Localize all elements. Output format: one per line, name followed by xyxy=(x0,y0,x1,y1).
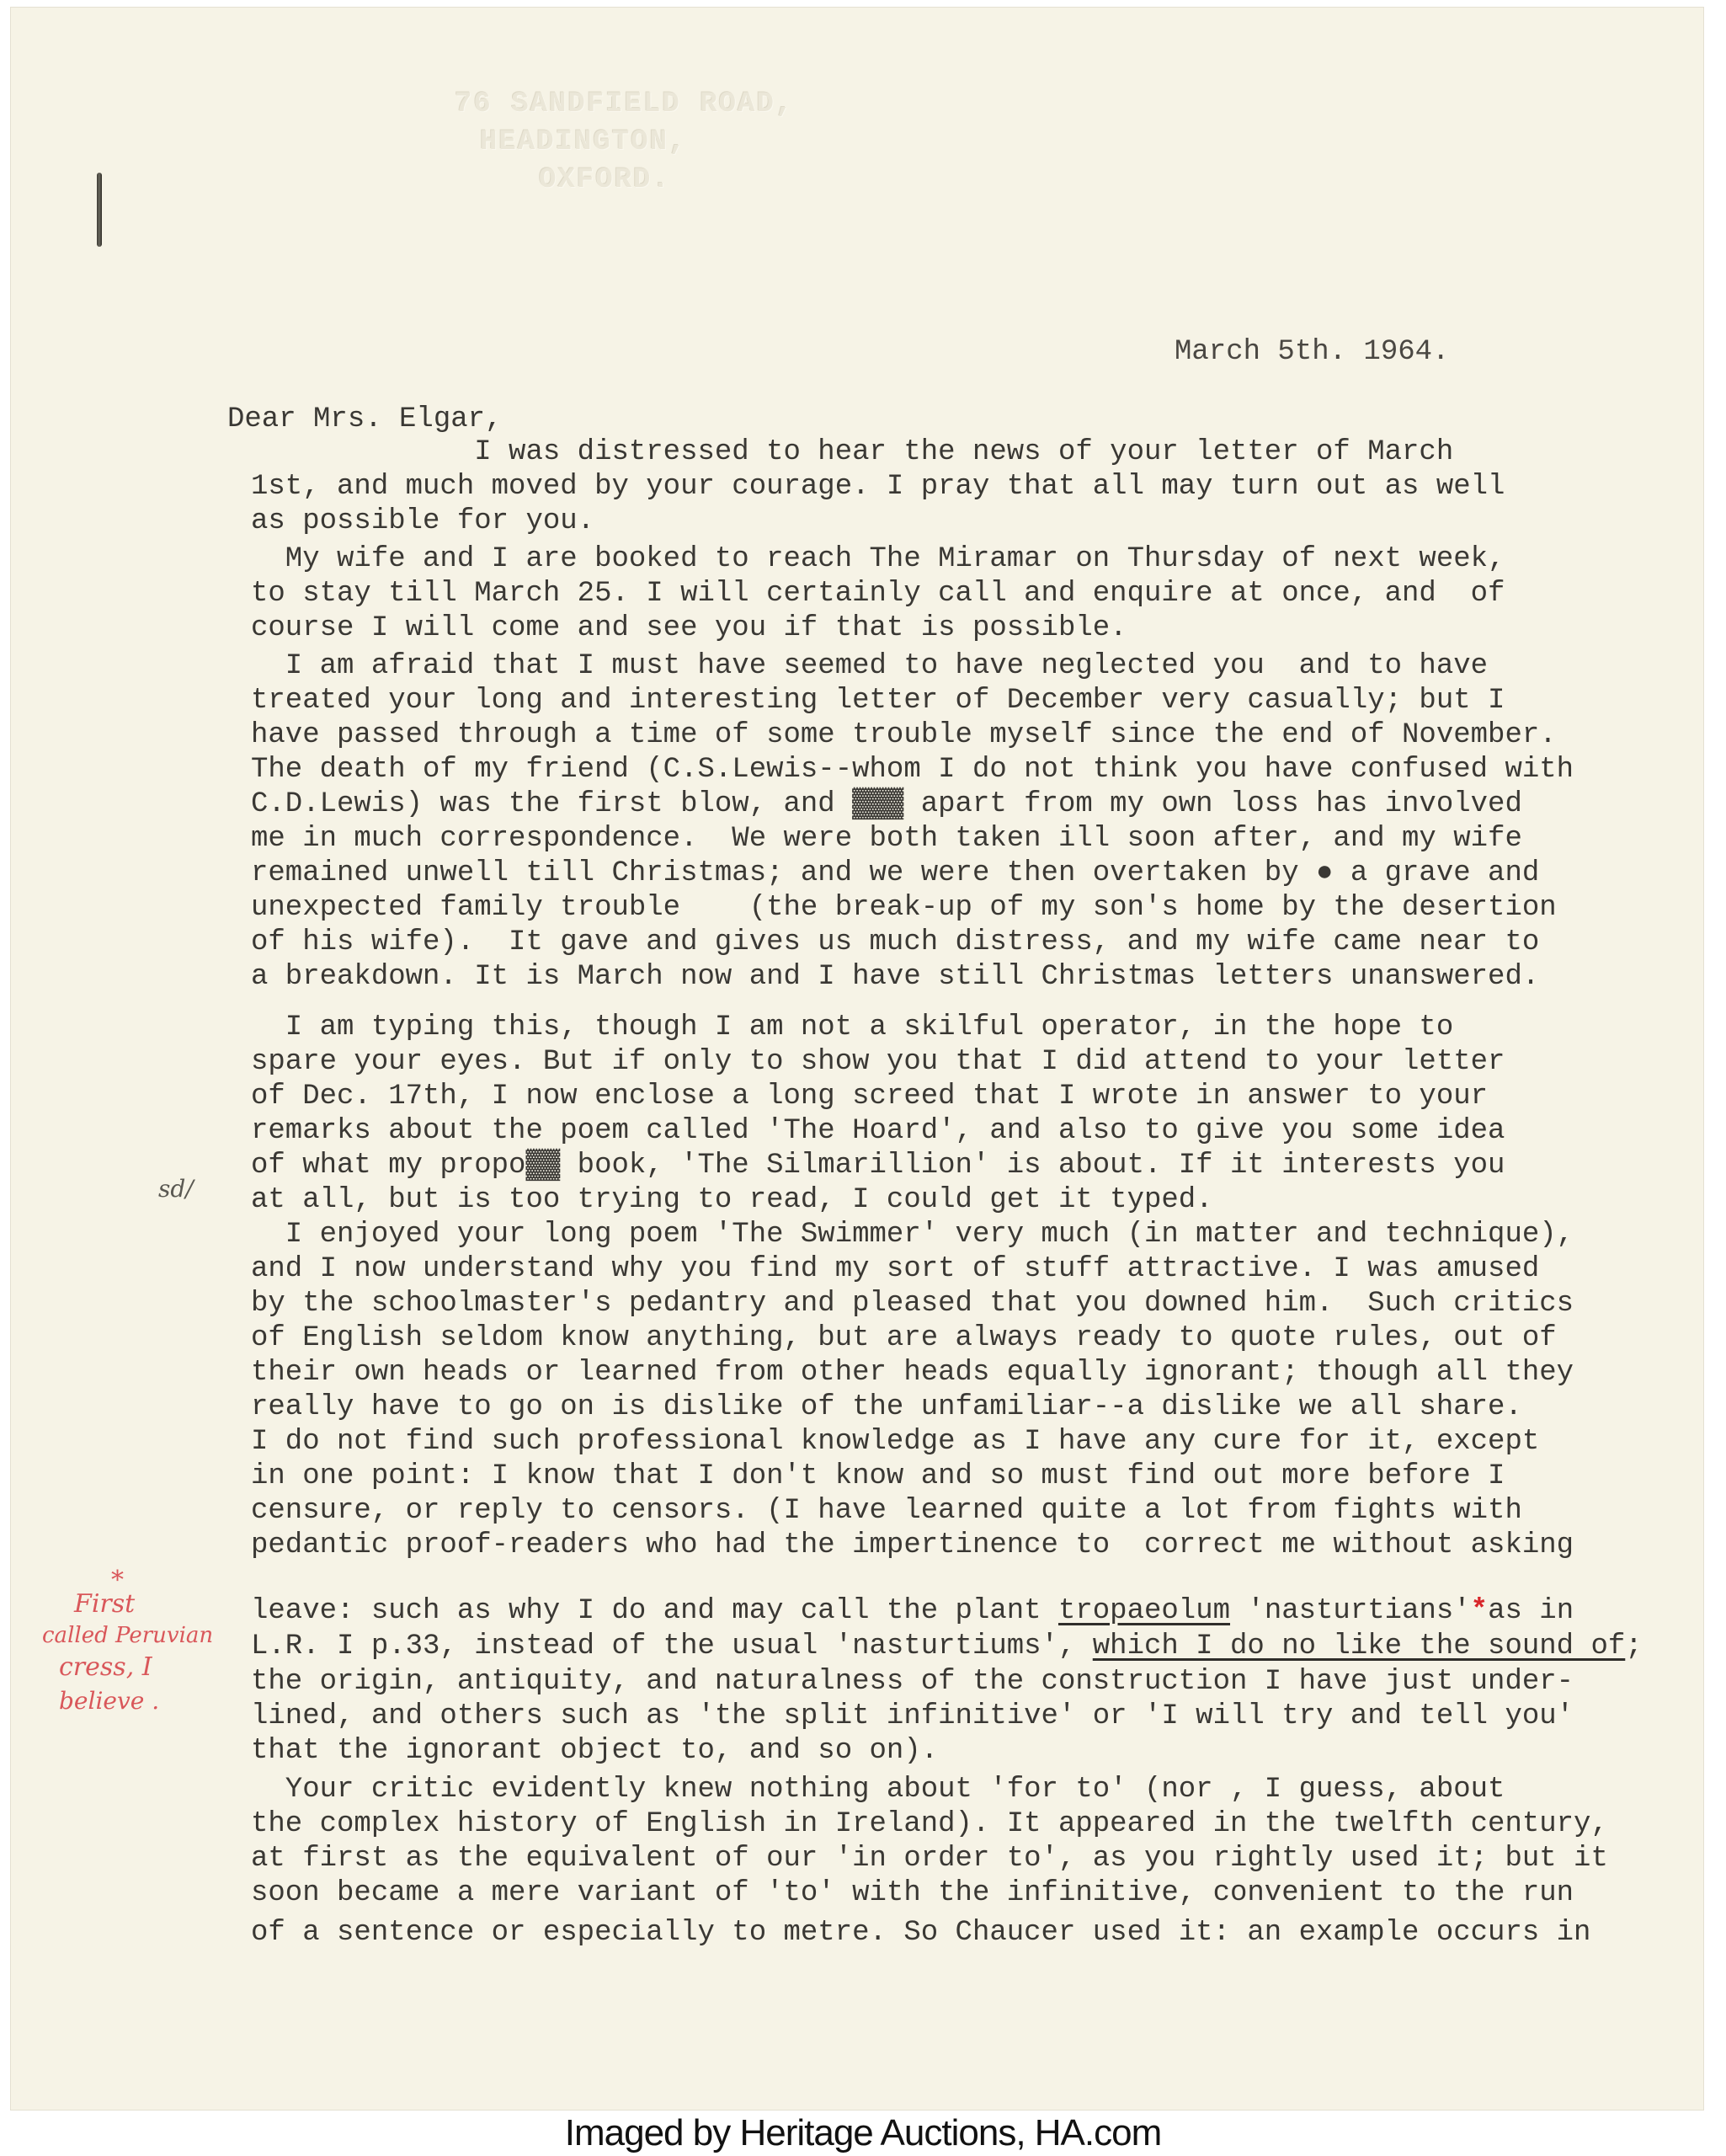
body-line-nasturtiums: L.R. I p.33, instead of the usual 'nastu… xyxy=(251,1630,1643,1663)
red-margin-note-line-3: cress, I xyxy=(59,1653,152,1682)
text-segment: ; xyxy=(1625,1630,1642,1662)
body-line: spare your eyes. But if only to show you… xyxy=(251,1045,1505,1079)
body-line: The death of my friend (C.S.Lewis--whom … xyxy=(251,753,1574,787)
body-line: really have to go on is dislike of the u… xyxy=(251,1390,1522,1424)
body-line: course I will come and see you if that i… xyxy=(251,611,1127,645)
body-line: I am afraid that I must have seemed to h… xyxy=(251,649,1488,683)
body-line: the complex history of English in Irelan… xyxy=(251,1807,1608,1841)
text-segment: as in xyxy=(1488,1595,1574,1627)
body-line: and I now understand why you find my sor… xyxy=(251,1252,1539,1286)
body-line: the origin, antiquity, and naturalness o… xyxy=(251,1665,1574,1699)
letter-date: March 5th. 1964. xyxy=(1175,335,1449,369)
body-line: as possible for you. xyxy=(251,504,594,538)
red-margin-note-line-4: believe . xyxy=(59,1687,159,1716)
body-line: in one point: I know that I don't know a… xyxy=(251,1460,1505,1493)
red-margin-note-line-1: First xyxy=(74,1590,135,1619)
pencil-margin-note: sd/ xyxy=(158,1175,194,1203)
text-segment: L.R. I p.33, instead of the usual 'nastu… xyxy=(251,1630,1093,1662)
underlined-phrase: which I do no like the sound of xyxy=(1093,1630,1626,1662)
body-line: at first as the equivalent of our 'in or… xyxy=(251,1842,1608,1876)
image-credit-footer: Imaged by Heritage Auctions, HA.com xyxy=(0,2110,1726,2156)
red-margin-note-line-2: called Peruvian xyxy=(42,1621,213,1650)
body-line: My wife and I are booked to reach The Mi… xyxy=(251,542,1505,576)
body-line: at all, but is too trying to read, I cou… xyxy=(251,1183,1213,1217)
body-line: of his wife). It gave and gives us much … xyxy=(251,926,1539,959)
body-line: censure, or reply to censors. (I have le… xyxy=(251,1494,1522,1528)
underlined-word-tropaeolum: tropaeolum xyxy=(1058,1595,1230,1627)
text-segment: leave: such as why I do and may call the… xyxy=(251,1595,1058,1627)
embossed-address-line-1: 76 SANDFIELD ROAD, xyxy=(455,88,794,120)
embossed-address-line-3: OXFORD. xyxy=(539,164,671,196)
body-line-nasturtians: leave: such as why I do and may call the… xyxy=(251,1594,1574,1628)
body-line: that the ignorant object to, and so on). xyxy=(251,1734,938,1768)
body-line: to stay till March 25. I will certainly … xyxy=(251,577,1505,611)
body-line: remarks about the poem called 'The Hoard… xyxy=(251,1114,1505,1148)
body-line: of what my propo▓▓ book, 'The Silmarilli… xyxy=(251,1149,1505,1182)
body-line: I do not find such professional knowledg… xyxy=(251,1425,1539,1459)
body-line: a breakdown. It is March now and I have … xyxy=(251,960,1539,994)
body-line: I am typing this, though I am not a skil… xyxy=(251,1011,1453,1044)
body-line: their own heads or learned from other he… xyxy=(251,1356,1574,1390)
red-asterisk-mark: * xyxy=(1471,1595,1488,1627)
staple-mark xyxy=(97,173,102,247)
body-line: unexpected family trouble (the break-up … xyxy=(251,891,1557,925)
body-line: I enjoyed your long poem 'The Swimmer' v… xyxy=(251,1218,1574,1251)
body-line: lined, and others such as 'the split inf… xyxy=(251,1700,1574,1733)
salutation: Dear Mrs. Elgar, xyxy=(227,403,502,436)
body-line: of Dec. 17th, I now enclose a long scree… xyxy=(251,1080,1488,1113)
body-line: me in much correspondence. We were both … xyxy=(251,822,1522,856)
text-segment: 'nasturtians' xyxy=(1230,1595,1471,1627)
body-line: of a sentence or especially to metre. So… xyxy=(251,1916,1590,1950)
body-line: have passed through a time of some troub… xyxy=(251,718,1557,752)
embossed-address-line-2: HEADINGTON, xyxy=(480,126,687,158)
body-line: I was distressed to hear the news of you… xyxy=(251,435,1453,469)
body-line: soon became a mere variant of 'to' with … xyxy=(251,1876,1574,1910)
body-line: 1st, and much moved by your courage. I p… xyxy=(251,470,1505,504)
body-line: Your critic evidently knew nothing about… xyxy=(251,1773,1505,1806)
body-line: remained unwell till Christmas; and we w… xyxy=(251,857,1539,890)
body-line: C.D.Lewis) was the first blow, and ▓▓▓ a… xyxy=(251,787,1522,821)
body-line: treated your long and interesting letter… xyxy=(251,684,1505,718)
body-line: pedantic proof-readers who had the imper… xyxy=(251,1529,1574,1562)
body-line: of English seldom know anything, but are… xyxy=(251,1321,1557,1355)
body-line: by the schoolmaster's pedantry and pleas… xyxy=(251,1287,1574,1321)
